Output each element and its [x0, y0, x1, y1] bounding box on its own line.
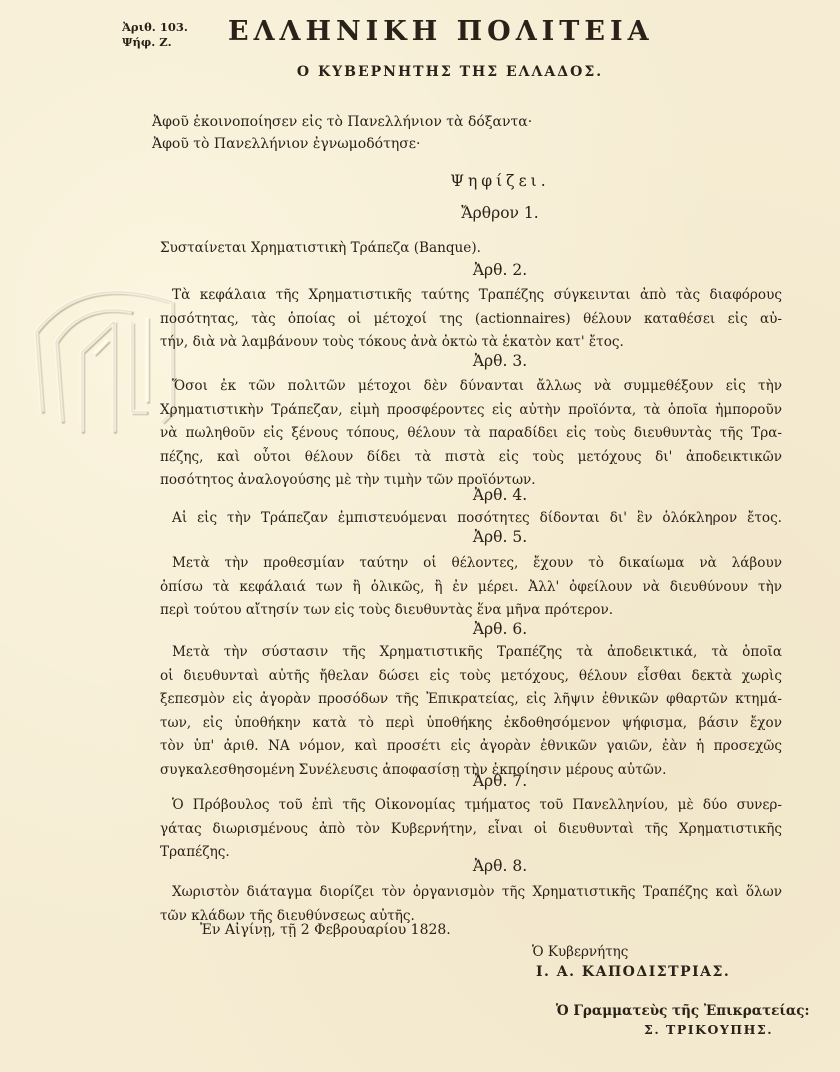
article-1-heading: Ἄρθρον 1.: [0, 204, 840, 222]
article-1-line: Συσταίνεται Χρηματιστικὴ Τράπεζα (Banque…: [160, 237, 782, 261]
reference-number-block: Ἀριθ. 103. Ψήφ. Ζ.: [122, 20, 188, 50]
article-8-heading: Ἀρθ. 8.: [0, 857, 840, 875]
preamble-line-1: Ἀφοῦ ἐκοινοποίησεν εἰς τὸ Πανελλήνιον τὰ…: [152, 114, 532, 130]
document-subtitle: Ο ΚΥΒΕΡΝΗΤΗΣ ΤΗΣ ΕΛΛΑΔΟΣ.: [0, 64, 840, 80]
article-3-body: Ὅσοι ἐκ τῶν πολιτῶν μέτοχοι δὲν δύνανται…: [160, 375, 782, 493]
article-2-line: ποσότητας, τὰς ὁποίας οἱ μέτοχοί της (ac…: [160, 308, 782, 332]
article-5-line: Μετὰ τὴν προθεσμίαν ταύτην οἱ θέλοντες, …: [160, 552, 782, 576]
article-2-heading: Ἀρθ. 2.: [0, 261, 840, 279]
article-5-line: ὀπίσω τὰ κεφάλαιά των ἢ ὁλικῶς, ἢ ἐν μέρ…: [160, 576, 782, 600]
article-2-line: Τὰ κεφάλαια τῆς Χρηματιστικῆς ταύτης Τρα…: [160, 284, 782, 308]
article-7-line: Ὁ Πρόβουλος τοῦ ἐπὶ τῆς Οἰκονομίας τμήμα…: [160, 794, 782, 818]
article-6-line: οἱ διευθυνταὶ αὐτῆς ἤθελαν δώσει εἰς τοὺ…: [160, 665, 782, 689]
governor-title: Ὁ Κυβερνήτης: [532, 944, 628, 960]
vote-number: Ψήφ. Ζ.: [122, 35, 188, 50]
governor-name: Ι. Α. ΚΑΠΟΔΙΣΤΡΙΑΣ.: [536, 964, 730, 980]
reference-number: Ἀριθ. 103.: [122, 20, 188, 35]
article-1-body: Συσταίνεται Χρηματιστικὴ Τράπεζα (Banque…: [160, 237, 782, 261]
article-6-heading: Ἀρθ. 6.: [0, 620, 840, 638]
article-2-line: τήν, διὰ νὰ λαμβάνουν τοὺς τόκους ἀνὰ ὀκ…: [160, 331, 782, 355]
article-7-heading: Ἀρθ. 7.: [0, 772, 840, 790]
preamble-line-2: Ἀφοῦ τὸ Πανελλήνιον ἐγνωμοδότησε·: [152, 136, 420, 152]
article-8-body: Χωριστὸν διάταγμα διορίζει τὸν ὀργανισμὸ…: [160, 881, 782, 928]
article-2-body: Τὰ κεφάλαια τῆς Χρηματιστικῆς ταύτης Τρα…: [160, 284, 782, 355]
article-6-body: Μετὰ τὴν σύστασιν τῆς Χρηματιστικῆς Τραπ…: [160, 641, 782, 782]
article-3-line: Χρηματιστικὴν Τράπεζαν, εἰμὴ προσφέροντε…: [160, 399, 782, 423]
decree-word: Ψηφίζει.: [0, 172, 840, 190]
article-6-line: Μετὰ τὴν σύστασιν τῆς Χρηματιστικῆς Τραπ…: [160, 641, 782, 665]
article-5-body: Μετὰ τὴν προθεσμίαν ταύτην οἱ θέλοντες, …: [160, 552, 782, 623]
article-7-line: γάτας διωρισμένους ἀπὸ τὸν Κυβερνήτην, ε…: [160, 818, 782, 842]
article-5-heading: Ἀρθ. 5.: [0, 528, 840, 546]
secretary-title: Ὁ Γραμματεὺς τῆς Ἐπικρατείας:: [556, 1003, 810, 1019]
article-6-line: τὸν ὑπ' ἀριθ. ΝΑ νόμον, καὶ προσέτι εἰς …: [160, 735, 782, 759]
article-8-line: Χωριστὸν διάταγμα διορίζει τὸν ὀργανισμὸ…: [160, 881, 782, 905]
article-3-heading: Ἀρθ. 3.: [0, 352, 840, 370]
article-4-body: Αἱ εἰς τὴν Τράπεζαν ἐμπιστευόμεναι ποσότ…: [160, 507, 782, 531]
article-7-body: Ὁ Πρόβουλος τοῦ ἐπὶ τῆς Οἰκονομίας τμήμα…: [160, 794, 782, 865]
document-title: ΕΛΛΗΝΙΚΗ ΠΟΛΙΤΕΙΑ: [228, 16, 654, 47]
article-6-line: των, εἰς ὑποθήκην κατὰ τὸ περὶ ὑποθήκης …: [160, 712, 782, 736]
article-3-line: πέζης, καὶ οὗτοι θέλουν δίδει τὰ πιστὰ ε…: [160, 446, 782, 470]
secretary-name: Σ. ΤΡΙΚΟΥΠΗΣ.: [644, 1022, 773, 1037]
place-date: Ἐν Αἰγίνῃ, τῇ 2 Φεβρουαρίου 1828.: [200, 922, 451, 938]
article-3-line: νὰ πωληθοῦν εἰς ξένους τόπους, θέλουν τὰ…: [160, 422, 782, 446]
article-6-line: ξεπεσμὸν εἰς ἀγορὰν προσόδων τῆς Ἐπικρατ…: [160, 688, 782, 712]
article-4-heading: Ἀρθ. 4.: [0, 486, 840, 504]
article-4-line: Αἱ εἰς τὴν Τράπεζαν ἐμπιστευόμεναι ποσότ…: [160, 507, 782, 531]
article-3-line: Ὅσοι ἐκ τῶν πολιτῶν μέτοχοι δὲν δύνανται…: [160, 375, 782, 399]
article-5-line: περὶ τούτου αἴτησίν των εἰς τοὺς διευθυν…: [160, 599, 782, 623]
